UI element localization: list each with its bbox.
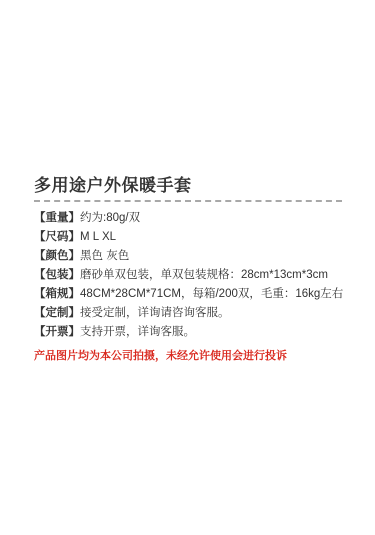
dashed-divider (34, 200, 342, 202)
product-title: 多用途户外保暖手套 (34, 176, 342, 195)
spec-value-weight: 约为:80g/双 (80, 212, 140, 224)
spec-row-customization: 【定制】接受定制，详询请咨询客服。 (34, 304, 342, 323)
spec-row-size: 【尺码】M L XL (34, 228, 342, 247)
spec-value-color: 黑色 灰色 (80, 250, 129, 262)
product-detail-section: 多用途户外保暖手套 【重量】约为:80g/双 【尺码】M L XL 【颜色】黑色… (0, 0, 375, 366)
spec-row-invoice: 【开票】支持开票，详询客服。 (34, 323, 342, 342)
spec-label-weight: 【重量】 (34, 212, 80, 224)
spec-value-carton: 48CM*28CM*71CM，每箱/200双，毛重：16kg左右 (80, 288, 343, 300)
spec-value-invoice: 支持开票，详询客服。 (80, 326, 195, 338)
spec-label-invoice: 【开票】 (34, 326, 80, 338)
spec-label-size: 【尺码】 (34, 231, 80, 243)
spec-value-size: M L XL (80, 231, 116, 243)
spec-value-packaging: 磨砂单双包装，单双包装规格：28cm*13cm*3cm (80, 269, 328, 281)
spec-list: 【重量】约为:80g/双 【尺码】M L XL 【颜色】黑色 灰色 【包装】磨砂… (34, 209, 342, 342)
spec-label-packaging: 【包装】 (34, 269, 80, 281)
spec-label-customization: 【定制】 (34, 307, 80, 319)
copyright-notice: 产品图片均为本公司拍摄，未经允许使用会进行投诉 (34, 347, 342, 366)
spec-row-color: 【颜色】黑色 灰色 (34, 247, 342, 266)
spec-row-weight: 【重量】约为:80g/双 (34, 209, 342, 228)
spec-value-customization: 接受定制，详询请咨询客服。 (80, 307, 230, 319)
spec-row-carton: 【箱规】48CM*28CM*71CM，每箱/200双，毛重：16kg左右 (34, 285, 342, 304)
spec-label-color: 【颜色】 (34, 250, 80, 262)
spec-label-carton: 【箱规】 (34, 288, 80, 300)
spec-row-packaging: 【包装】磨砂单双包装，单双包装规格：28cm*13cm*3cm (34, 266, 342, 285)
